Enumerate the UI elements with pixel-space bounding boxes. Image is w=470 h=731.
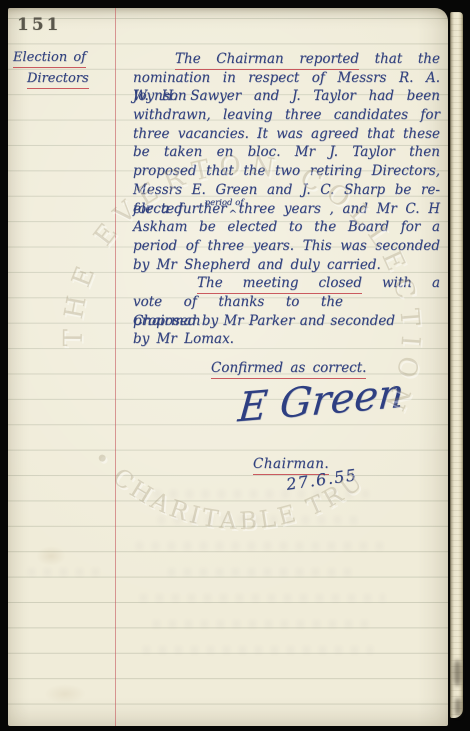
line-text: Askham be elected to the Board for a [133, 219, 440, 235]
line-text: by Mr Lomax. [133, 331, 234, 347]
ink-showthrough [138, 490, 378, 498]
handwritten-line: W. H. Sawyer and J. Taylor had been [133, 87, 440, 106]
page-number-stamp: 151 [17, 15, 62, 35]
ink-showthrough [140, 594, 385, 602]
handwritten-line: Messrs E. Green and J. C. Sharp be re-el… [133, 181, 440, 200]
line-text: proposed that the two retiring Directors… [133, 163, 440, 179]
handwritten-line: by Mr Lomax. [133, 330, 440, 349]
handwritten-line: by Mr Shepherd and duly carried. [133, 256, 440, 275]
ink-showthrough [168, 568, 358, 576]
line-text: three years , and Mr C. H [239, 201, 440, 217]
ink-showthrough [153, 620, 368, 628]
handwritten-line-with-insertion: for a furtherperiod of^three years , and… [133, 200, 440, 219]
ledger-page: 151 Election of Directors The Chairman r… [8, 8, 448, 726]
ink-showthrough [158, 516, 358, 524]
handwritten-line: three vacancies. It was agreed that thes… [133, 125, 440, 144]
book-page-edges [450, 12, 463, 718]
paper-stain [36, 546, 66, 566]
line-text: be taken en bloc. Mr J. Taylor then [133, 144, 440, 160]
confirmation-line: Confirmed as correct. [211, 360, 366, 376]
line-text: withdrawn, leaving three candidates for [133, 107, 440, 123]
ink-showthrough [136, 542, 391, 550]
line-text: by Mr Shepherd and duly carried. [133, 257, 381, 273]
edge-smudge [454, 660, 461, 686]
chairman-signature: E Green [236, 370, 406, 431]
caret-mark: ^ [229, 206, 237, 225]
handwritten-line: nomination in respect of Messrs R. A. Jo… [133, 69, 440, 88]
paper-stain [44, 684, 86, 704]
minutes-body: The Chairman reported that the nominatio… [133, 50, 440, 349]
line-text: with a [362, 275, 440, 291]
inserted-text: period of [205, 194, 244, 213]
margin-note-line: Directors [27, 71, 89, 86]
handwritten-line: period of three years. This was seconded [133, 237, 440, 256]
red-margin-rule [115, 8, 116, 726]
margin-note-line: Election of [13, 50, 89, 65]
handwritten-line: be taken en bloc. Mr J. Taylor then [133, 143, 440, 162]
handwritten-line: The meeting closed with a [133, 274, 440, 293]
handwritten-line: vote of thanks to the Chairman [133, 293, 343, 312]
ink-showthrough [143, 646, 373, 654]
insertion-mark: period of^ [227, 203, 239, 213]
line-text: that the [359, 51, 440, 67]
underlined-phrase: The meeting closed [197, 275, 362, 294]
margin-note: Election of Directors [13, 50, 89, 86]
ink-showthrough [28, 568, 108, 576]
line-text: W. H. Sawyer and J. Taylor had been [133, 88, 440, 104]
handwritten-line: withdrawn, leaving three candidates for [133, 106, 440, 125]
edge-smudge [455, 698, 461, 716]
handwritten-line: Askham be elected to the Board for a [133, 218, 440, 237]
margin-note-text: Election of [13, 50, 86, 68]
line-text: period of three years. This was seconded [133, 238, 440, 254]
margin-note-text: Directors [27, 71, 89, 89]
line-text: proposed by Mr Parker and seconded [133, 313, 395, 329]
handwritten-line: proposed that the two retiring Directors… [133, 162, 440, 181]
underlined-phrase: The Chairman reported [175, 51, 359, 70]
handwritten-line: The Chairman reported that the [133, 50, 440, 69]
line-text: three vacancies. It was agreed that thes… [133, 126, 440, 142]
handwritten-line: proposed by Mr Parker and seconded [133, 312, 395, 331]
